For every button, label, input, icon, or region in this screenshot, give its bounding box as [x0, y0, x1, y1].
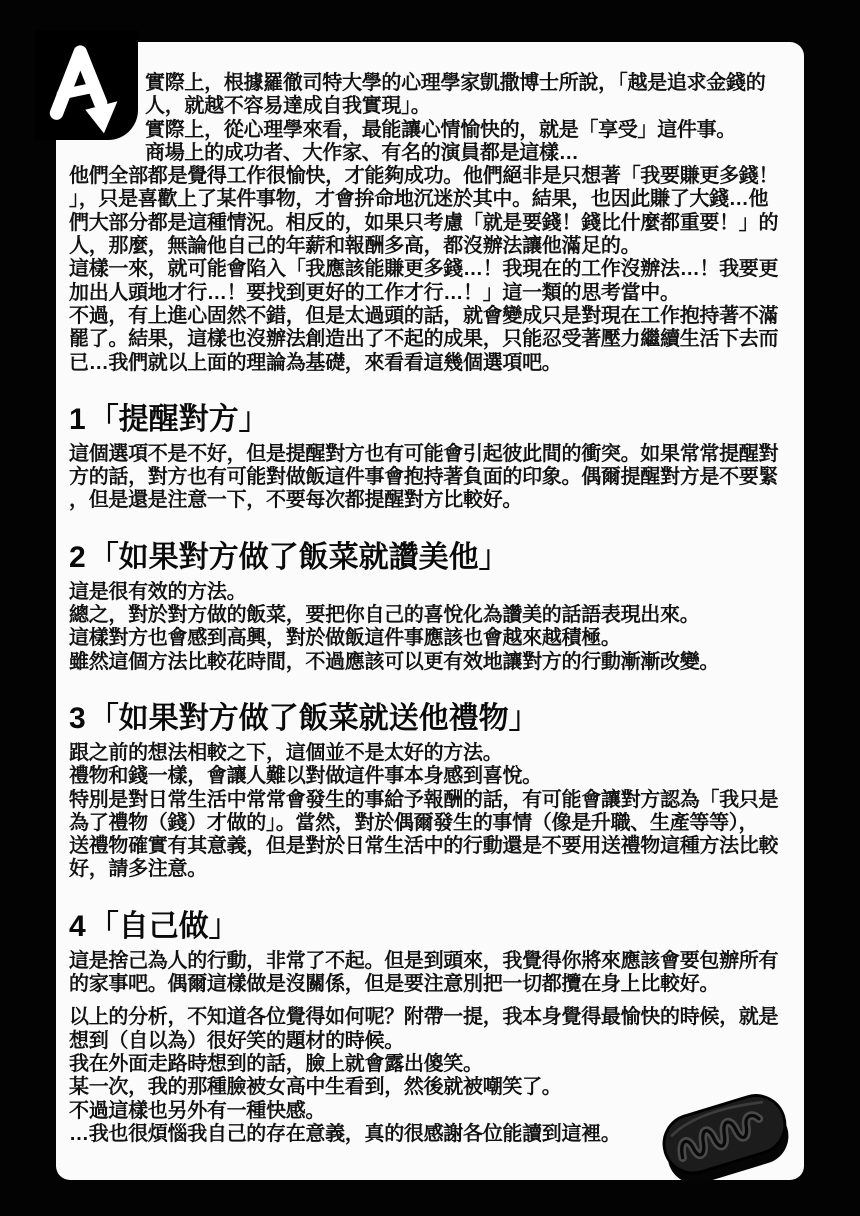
licorice-squiggle-icon [650, 1086, 800, 1186]
section-body: 跟之前的想法相較之下，這個並不是太好的方法。 禮物和錢一樣，會讓人難以對做這件事… [69, 742, 790, 882]
section-heading: 3「如果對方做了飯菜就送他禮物」 [69, 700, 790, 738]
section-number: 4 [69, 910, 86, 943]
content-panel: 實際上，根據羅徹司特大學的心理學家凱撒博士所說，「越是追求金錢的 人，就越不容易… [56, 42, 804, 1180]
section-heading: 2「如果對方做了飯菜就讚美他」 [69, 539, 790, 577]
section-number: 2 [69, 541, 86, 574]
section-3: 3「如果對方做了飯菜就送他禮物」 跟之前的想法相較之下，這個並不是太好的方法。 … [69, 700, 790, 882]
section-body: 這個選項不是不好，但是提醒對方也有可能會引起彼此間的衝突。如果常常提醒對 方的話… [69, 443, 790, 513]
intro-body: 他們全部都是覺得工作很愉快，才能夠成功。他們絕非是只想著「我要賺更多錢！ 」，只… [69, 165, 790, 375]
section-body: 這是捨己為人的行動，非常了不起。但是到頭來，我覺得你將來應該會要包辦所有 的家事… [69, 950, 790, 997]
section-heading: 1「提醒對方」 [69, 401, 790, 439]
section-title: 「提醒對方」 [89, 403, 269, 436]
section-title: 「如果對方做了飯菜就送他禮物」 [89, 702, 539, 735]
section-title: 「自己做」 [89, 910, 239, 943]
section-2: 2「如果對方做了飯菜就讚美他」 這是很有效的方法。 總之，對於對方做的飯菜，要把… [69, 539, 790, 674]
intro-quote: 實際上，根據羅徹司特大學的心理學家凱撒博士所說，「越是追求金錢的 人，就越不容易… [145, 72, 790, 165]
section-number: 1 [69, 403, 86, 436]
section-4: 4「自己做」 這是捨己為人的行動，非常了不起。但是到頭來，我覺得你將來應該會要包… [69, 908, 790, 997]
section-1: 1「提醒對方」 這個選項不是不好，但是提醒對方也有可能會引起彼此間的衝突。如果常… [69, 401, 790, 513]
page-content: 實際上，根據羅徹司特大學的心理學家凱撒博士所說，「越是追求金錢的 人，就越不容易… [56, 42, 804, 1180]
page-background: 實際上，根據羅徹司特大學的心理學家凱撒博士所說，「越是追求金錢的 人，就越不容易… [0, 0, 860, 1216]
section-heading: 4「自己做」 [69, 908, 790, 946]
section-number: 3 [69, 702, 86, 735]
section-body: 這是很有效的方法。 總之，對於對方做的飯菜，要把你自己的喜悅化為讚美的話語表現出… [69, 581, 790, 674]
section-title: 「如果對方做了飯菜就讚美他」 [89, 541, 509, 574]
